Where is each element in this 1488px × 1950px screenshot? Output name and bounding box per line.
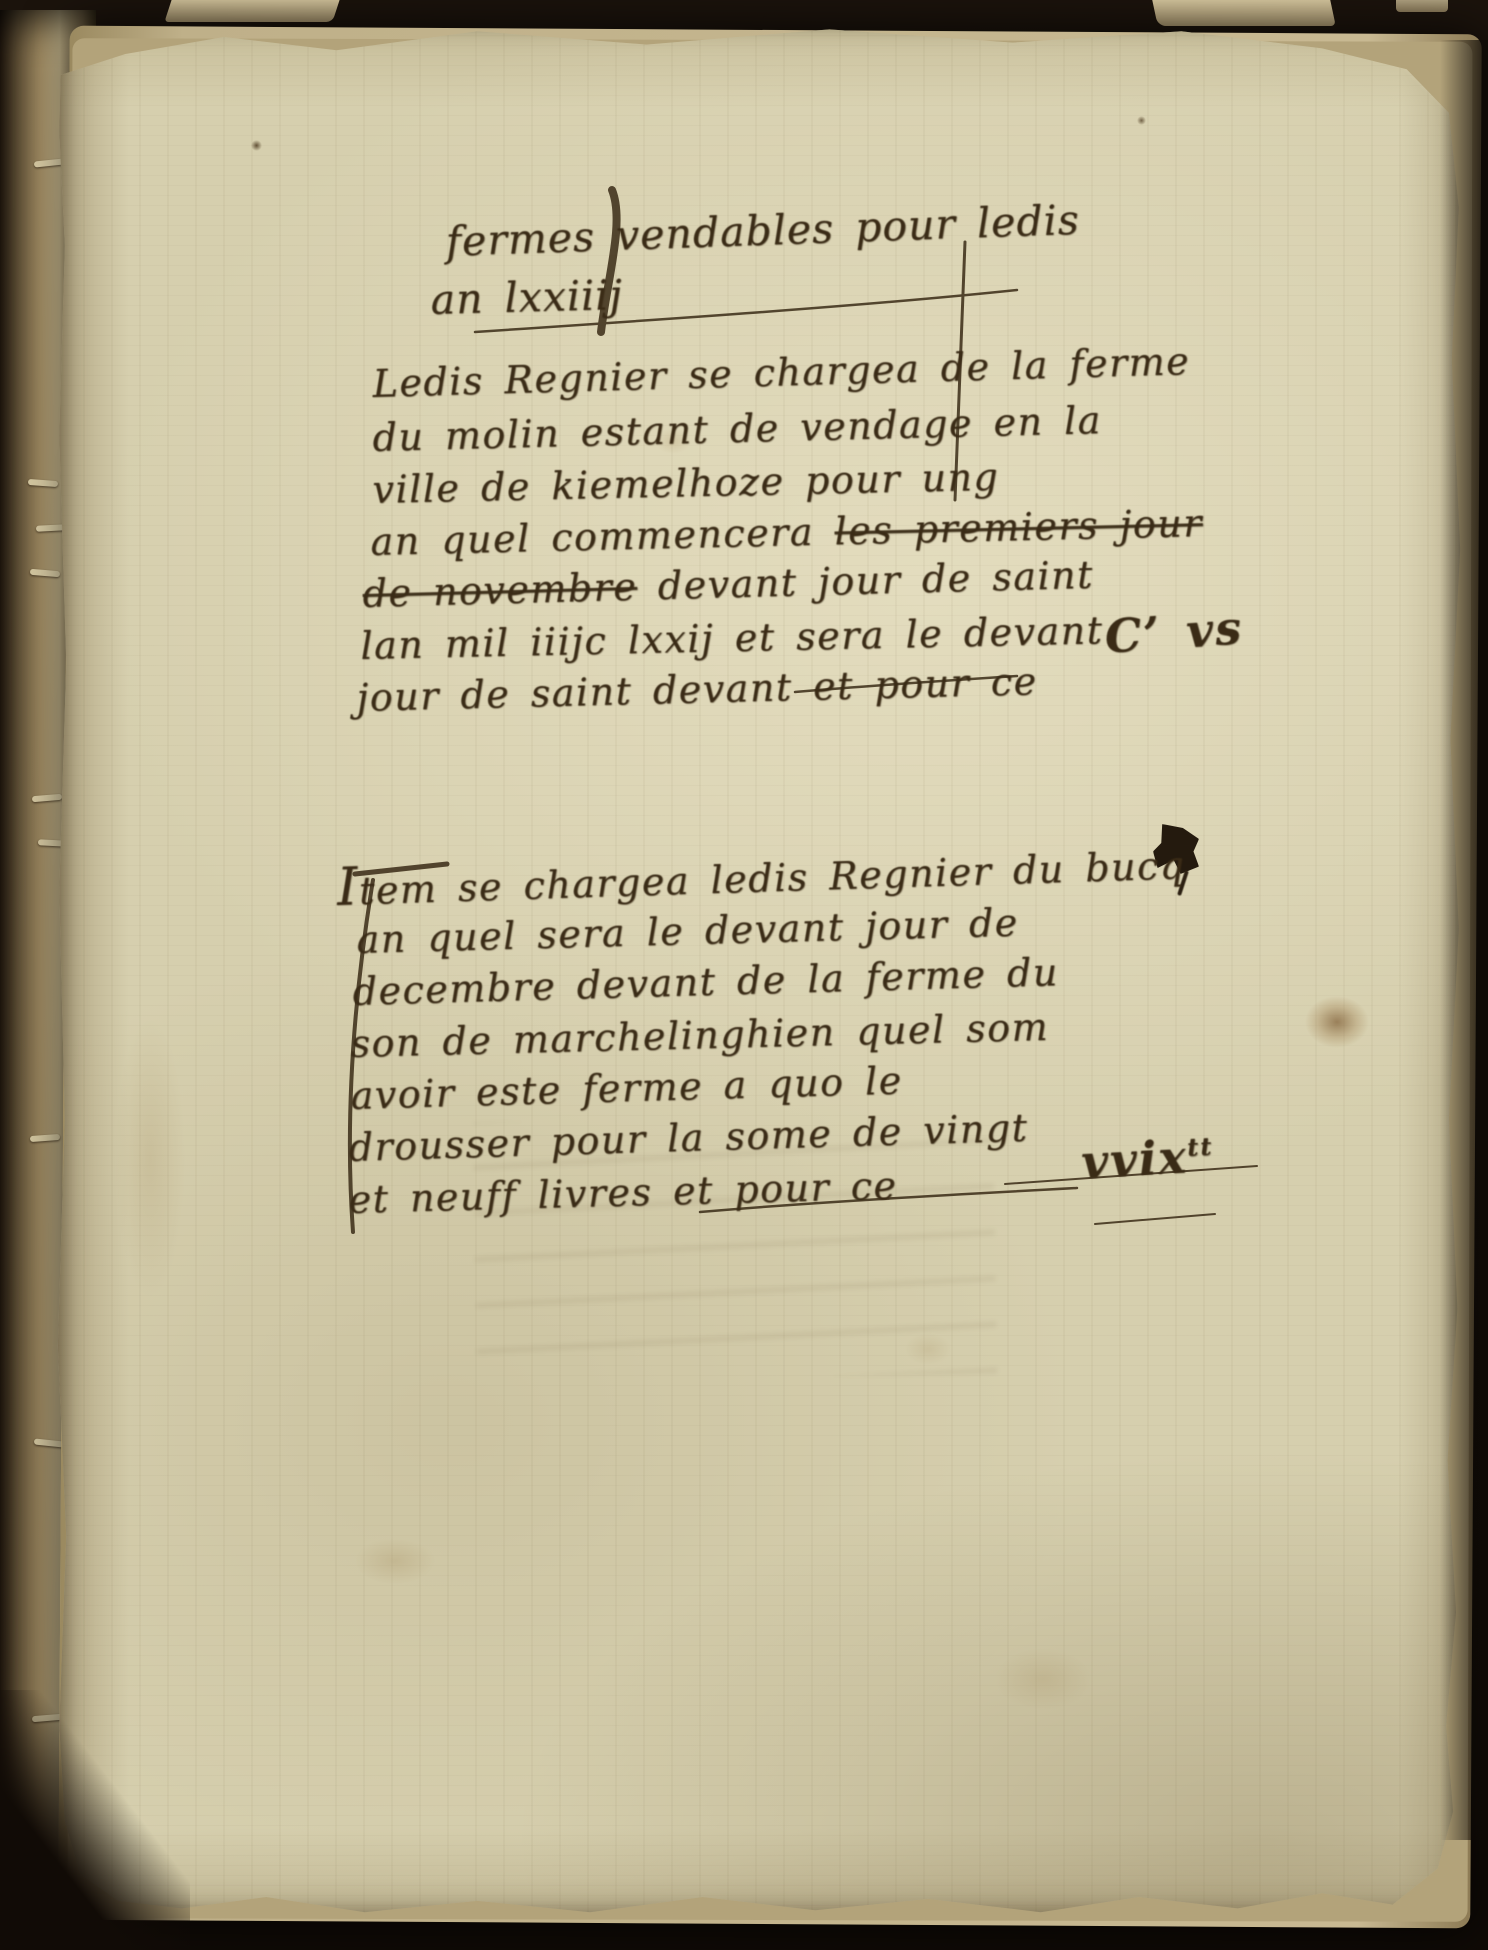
entry2-margin-sum-sup: tt [1186, 1132, 1214, 1162]
entry1-line-7: jour de saint devant et pour ce [356, 659, 1038, 720]
stitch-mark [32, 1714, 62, 1723]
entry1-line-2: du molin estant de vendage en la [372, 398, 1102, 460]
stain [115, 1018, 185, 1298]
entry2-line-7: et neuff livres et pour ce [348, 1164, 898, 1222]
heading-line-2: an lxxiiij [430, 271, 623, 324]
entry2-line-3: decembre devant de la ferme du [352, 950, 1059, 1014]
stain [355, 1538, 435, 1584]
entry1-line-5-struck: de novembre [362, 565, 638, 616]
entry2-initial: I [336, 857, 360, 918]
entry1-line-4-normal: an quel commencera [370, 509, 835, 564]
stitch-mark [36, 524, 66, 532]
entry1-line-6: lan mil iiijc lxxij et sera le devant [360, 608, 1104, 668]
entry2-line-1: Item se chargea ledis Regnier du bucq [336, 831, 1186, 918]
adjacent-book-fragment [1396, 0, 1448, 12]
photo-frame: fermes vendables pour ledis an lxxiiij L… [0, 0, 1488, 1950]
entry2-line-4: son de marchelinghien quel som [350, 1005, 1050, 1066]
entry1-margin-sum: C’ vs [1103, 600, 1245, 664]
stain [995, 1648, 1091, 1710]
entry1-line-5-normal: devant jour de saint [637, 553, 1095, 609]
stitch-mark [32, 794, 62, 803]
stitch-mark [28, 479, 58, 487]
entry2-margin-sum: vvixtt [1080, 1128, 1215, 1189]
entry2-line-6: drousser pour la some de vingt [348, 1106, 1029, 1170]
entry1-line-4-struck: les premiers jour [834, 501, 1203, 553]
stain [1137, 116, 1146, 125]
adjacent-book-fragment [164, 0, 339, 22]
stitch-mark [30, 1134, 60, 1142]
entry2-line-5: avoir este ferme a quo le [350, 1059, 903, 1118]
entry1-line-1: Ledis Regnier se chargea de la ferme [372, 339, 1191, 406]
entry1-line-3: ville de kiemelhoze pour ung [372, 455, 1000, 512]
stain [1305, 996, 1369, 1048]
entry2-margin-sum-main: vvix [1080, 1129, 1189, 1188]
adjacent-book-fragment [1152, 0, 1336, 26]
stitch-mark [34, 1438, 64, 1447]
pen-stroke [1095, 1214, 1215, 1224]
stitch-mark [34, 158, 64, 167]
entry1-line-5: de novembre devant jour de saint [362, 553, 1094, 616]
stain [251, 140, 262, 151]
heading-line-1: fermes vendables pour ledis [445, 196, 1081, 266]
stitch-mark [30, 569, 60, 578]
entry2-line-1-text: tem se chargea ledis Regnier du bucq [358, 843, 1186, 913]
manuscript-page: fermes vendables pour ledis an lxxiiij L… [55, 18, 1463, 1916]
stain [905, 1333, 951, 1365]
